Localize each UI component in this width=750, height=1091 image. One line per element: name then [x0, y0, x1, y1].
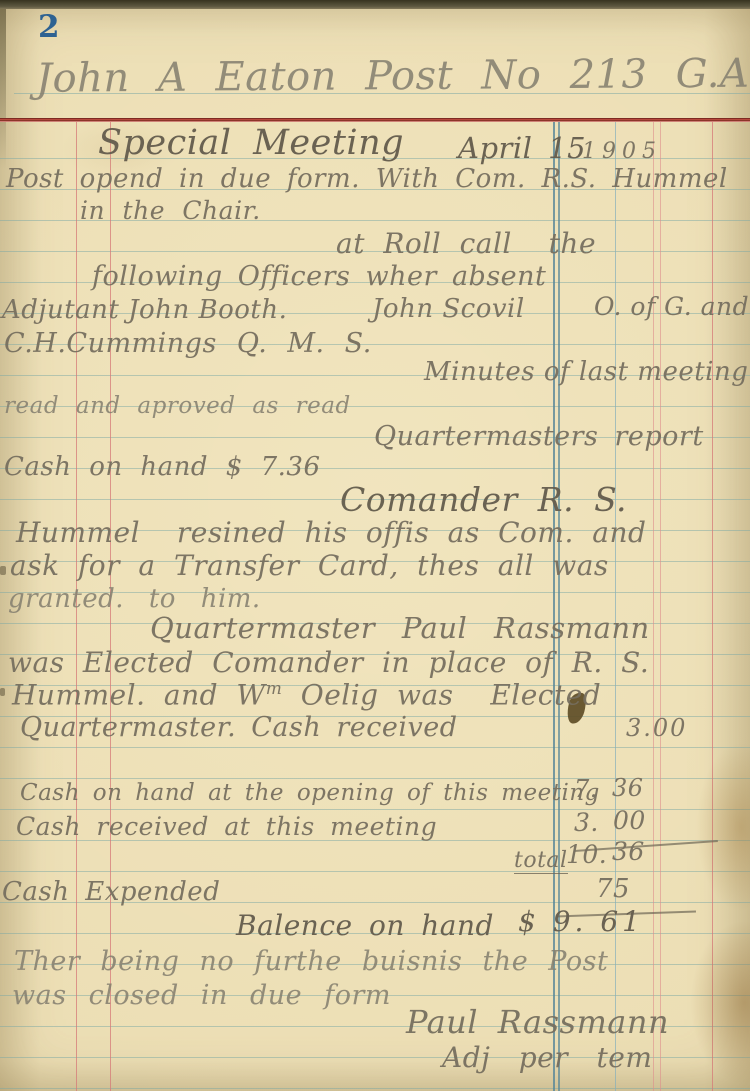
ledger-row-received-label: Cash received at this meeting: [16, 814, 437, 839]
resignation-line-2: ask for a Transfer Card, thes all was: [10, 552, 609, 580]
quartermaster-report-heading: Quartermasters report: [374, 423, 704, 450]
minutes-heading: Minutes of last meeting: [424, 359, 748, 385]
election-line-2: was Elected Comander in place of R. S.: [8, 649, 649, 677]
cents-column-line-blue: [615, 122, 616, 1091]
election-line-3-pre: Hummel. and W: [12, 678, 266, 711]
ledger-row-total-cents: 36: [612, 839, 645, 864]
right-margin-line: [712, 122, 713, 1091]
page-number: 2: [38, 12, 61, 43]
election-line-4: Quartermaster. Cash received: [20, 714, 457, 741]
ledger-row-expended-cents: 75: [596, 876, 630, 902]
signature-title: Adj per tem: [442, 1044, 652, 1072]
cash-on-hand-line: Cash on hand $ 7.36: [4, 454, 321, 480]
right-column-line-red-2: [660, 122, 661, 1091]
election-line-3-post: Oelig was Elected: [282, 678, 601, 711]
absent-cummings: C.H.Cummings Q. M. S.: [4, 330, 372, 357]
ledger-row-received-cents: 00: [613, 808, 646, 833]
roll-call-intro: at Roll call the: [336, 230, 596, 258]
commander-heading: Comander R. S.: [340, 483, 627, 516]
resignation-line-3: granted. to him.: [8, 586, 261, 612]
roll-call-absent: following Officers wher absent: [92, 263, 546, 290]
wm-superscript: m: [266, 679, 283, 699]
ledger-row-received-dollars: 3.: [574, 810, 599, 835]
ledger-row-opening-label: Cash on hand at the opening of this meet…: [20, 782, 600, 805]
opening-line-1: Post opend in due form. With Com. R.S. H…: [6, 166, 728, 192]
cash-received-amount: 3.00: [626, 716, 687, 740]
ledger-row-opening-cents: 36: [612, 776, 644, 800]
ledger-row-balance-label: Balence on hand: [236, 912, 494, 940]
ledger-row-balance-amount: $ 9. 61: [518, 908, 644, 936]
absent-scovil: John Scovil: [372, 296, 525, 322]
resignation-line-1: Hummel resined his offis as Com. and: [16, 519, 646, 547]
meeting-year: 1905: [582, 141, 662, 163]
right-column-line-red: [653, 122, 654, 1091]
opening-line-2: in the Chair.: [80, 198, 261, 223]
scan-edge-top: [0, 0, 750, 9]
absent-adjutant: Adjutant John Booth.: [2, 297, 287, 323]
red-header-rule: [0, 118, 750, 122]
meeting-date: April 15: [458, 134, 586, 163]
signature: Paul Rassmann: [406, 1006, 669, 1038]
ledger-row-expended-label: Cash Expended: [2, 879, 220, 905]
page-title: John A Eaton Post No 213 G.A.R.: [36, 53, 750, 98]
ledger-row-total-label: total: [514, 850, 568, 874]
ledger-row-total-dollars: 10.: [566, 842, 607, 867]
election-line-1: Quartermaster Paul Rassmann: [150, 614, 650, 643]
absent-scovil-office: O. of G. and: [594, 294, 749, 319]
minutes-approved: read and aproved as read: [4, 395, 351, 418]
ledger-page: 2 John A Eaton Post No 213 G.A.R. Specia…: [0, 0, 750, 1091]
closing-line-2: was closed in due form: [12, 982, 391, 1009]
ledger-row-opening-dollars: 7.: [574, 777, 598, 801]
closing-line-1: Ther being no furthe buisnis the Post: [14, 948, 608, 975]
election-line-3: Hummel. and Wm Oelig was Elected: [12, 681, 601, 709]
meeting-type: Special Meeting: [98, 126, 404, 161]
